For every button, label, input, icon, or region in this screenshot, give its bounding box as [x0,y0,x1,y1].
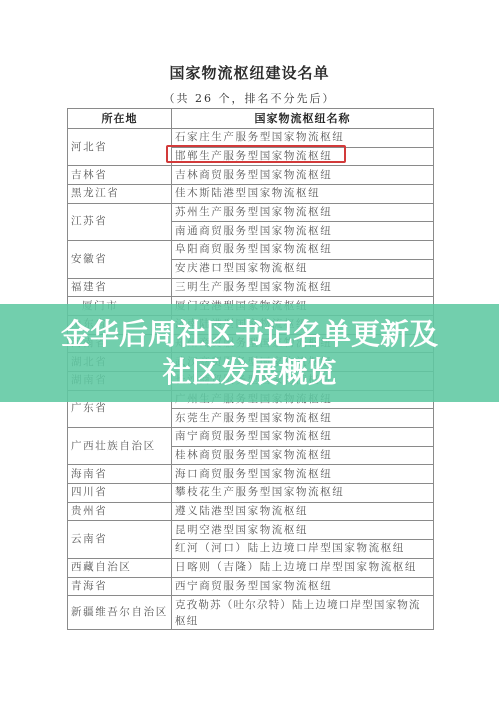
table-row: 云南省 昆明空港型国家物流枢纽 [68,521,434,540]
table-row: 河北省 石家庄生产服务型国家物流枢纽 [68,129,434,148]
hub-cell-highlighted: 邯郸生产服务型国家物流枢纽 [172,147,434,166]
region-cell: 广西壮族自治区 [68,428,172,465]
hub-cell: 海口商贸服务型国家物流枢纽 [172,465,434,484]
hub-cell: 克孜勒苏（吐尔尕特）陆上边境口岸型国家物流枢纽 [172,596,434,630]
region-cell: 四川省 [68,484,172,503]
table-row: 黑龙江省 佳木斯陆港型国家物流枢纽 [68,185,434,204]
hub-cell: 安庆港口型国家物流枢纽 [172,259,434,278]
hub-cell: 苏州生产服务型国家物流枢纽 [172,203,434,222]
table-row: 四川省 攀枝花生产服务型国家物流枢纽 [68,484,434,503]
hub-cell: 桂林商贸服务型国家物流枢纽 [172,446,434,465]
region-cell: 新疆维吾尔自治区 [68,596,172,630]
region-cell: 黑龙江省 [68,185,172,204]
region-cell: 海南省 [68,465,172,484]
table-row: 福建省 三明生产服务型国家物流枢纽 [68,278,434,297]
hub-cell: 南宁商贸服务型国家物流枢纽 [172,428,434,447]
region-cell: 西藏自治区 [68,558,172,577]
table-row: 贵州省 遵义陆港型国家物流枢纽 [68,502,434,521]
headline-banner: 金华后周社区书记名单更新及 社区发展概览 [0,304,499,402]
column-header-region: 所在地 [68,109,172,129]
region-cell: 安徽省 [68,241,172,278]
table-row: 青海省 西宁商贸服务型国家物流枢纽 [68,577,434,596]
banner-headline-line2: 社区发展概览 [162,353,336,391]
hub-cell: 南通商贸服务型国家物流枢纽 [172,222,434,241]
region-cell: 云南省 [68,521,172,558]
hub-cell: 日喀则（吉隆）陆上边境口岸型国家物流枢纽 [172,558,434,577]
table-row: 海南省 海口商贸服务型国家物流枢纽 [68,465,434,484]
hub-cell: 佳木斯陆港型国家物流枢纽 [172,185,434,204]
hub-cell: 阜阳商贸服务型国家物流枢纽 [172,241,434,260]
hub-cell: 吉林商贸服务型国家物流枢纽 [172,166,434,185]
table-row: 西藏自治区 日喀则（吉隆）陆上边境口岸型国家物流枢纽 [68,558,434,577]
document-subtitle: （共 26 个，排名不分先后） [0,90,499,106]
hub-cell: 西宁商贸服务型国家物流枢纽 [172,577,434,596]
hub-cell: 东莞生产服务型国家物流枢纽 [172,409,434,428]
hub-cell: 三明生产服务型国家物流枢纽 [172,278,434,297]
hub-cell: 遵义陆港型国家物流枢纽 [172,502,434,521]
hub-cell: 红河（河口）陆上边境口岸型国家物流枢纽 [172,540,434,559]
hub-cell: 石家庄生产服务型国家物流枢纽 [172,129,434,148]
region-cell: 河北省 [68,129,172,166]
hub-cell: 昆明空港型国家物流枢纽 [172,521,434,540]
region-cell: 贵州省 [68,502,172,521]
region-cell: 吉林省 [68,166,172,185]
column-header-hub-name: 国家物流枢纽名称 [172,109,434,129]
table-row: 广西壮族自治区 南宁商贸服务型国家物流枢纽 [68,428,434,447]
table-row: 吉林省 吉林商贸服务型国家物流枢纽 [68,166,434,185]
region-cell: 青海省 [68,577,172,596]
table-row: 安徽省 阜阳商贸服务型国家物流枢纽 [68,241,434,260]
document-title: 国家物流枢纽建设名单 [0,62,499,83]
table-row: 新疆维吾尔自治区 克孜勒苏（吐尔尕特）陆上边境口岸型国家物流枢纽 [68,596,434,630]
hub-cell: 攀枝花生产服务型国家物流枢纽 [172,484,434,503]
region-cell: 福建省 [68,278,172,297]
table-row: 江苏省 苏州生产服务型国家物流枢纽 [68,203,434,222]
region-cell: 江苏省 [68,203,172,240]
table-header-row: 所在地 国家物流枢纽名称 [68,109,434,129]
banner-headline-line1: 金华后周社区书记名单更新及 [61,315,438,353]
